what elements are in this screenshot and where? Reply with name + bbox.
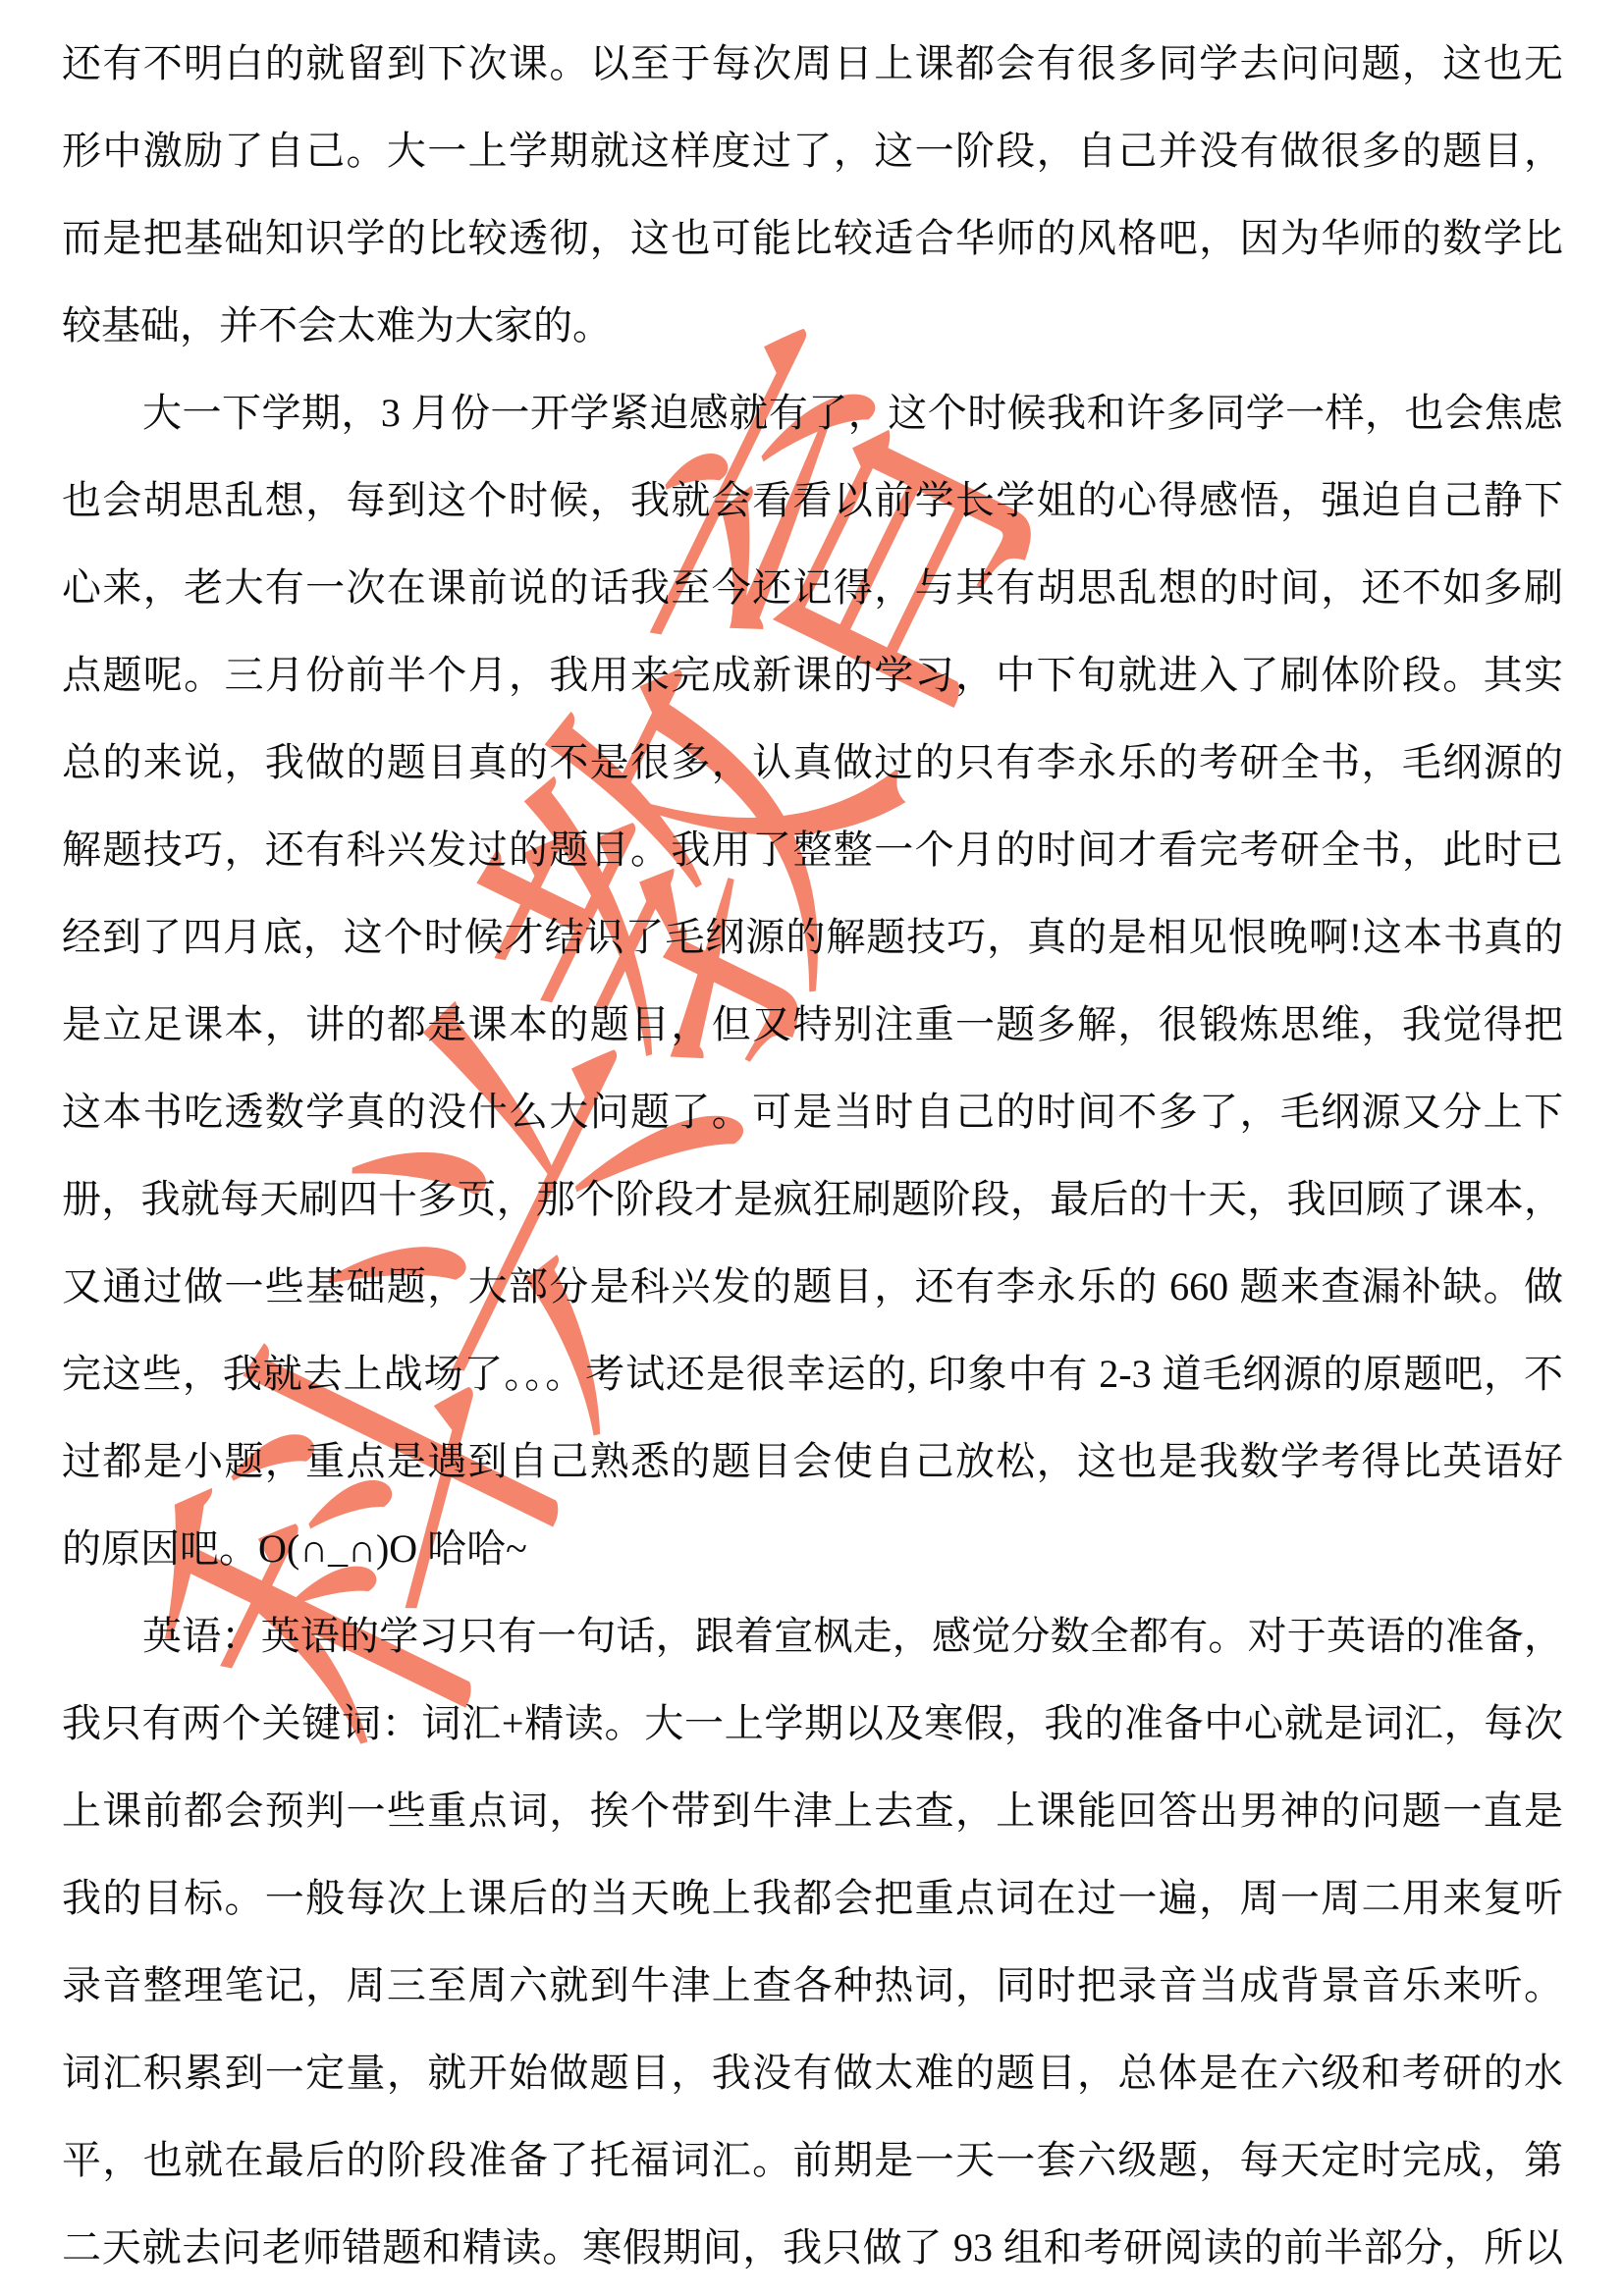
text-line: 英语：英语的学习只有一句话，跟着宣枫走，感觉分数全都有。对于英语的准备， xyxy=(62,1592,1563,1680)
text-line: 心来，老大有一次在课前说的话我至今还记得，与其有胡思乱想的时间，还不如多刷 xyxy=(62,544,1563,631)
text-line: 较基础，并不会太难为大家的。 xyxy=(62,282,1563,369)
text-line: 平，也就在最后的阶段准备了托福词汇。前期是一天一套六级题，每天定时完成，第 xyxy=(62,2116,1563,2204)
text-line: 点题呢。三月份前半个月，我用来完成新课的学习，中下旬就进入了刷体阶段。其实 xyxy=(62,631,1563,719)
text-line: 也会胡思乱想，每到这个时候，我就会看看以前学长学姐的心得感悟，强迫自己静下 xyxy=(62,456,1563,544)
text-line: 二天就去问老师错题和精读。寒假期间，我只做了 93 组和考研阅读的前半部分，所以 xyxy=(62,2204,1563,2291)
text-line: 册，我就每天刷四十多页，那个阶段才是疯狂刷题阶段，最后的十天，我回顾了课本， xyxy=(62,1155,1563,1243)
text-line: 我的目标。一般每次上课后的当天晚上我都会把重点词在过一遍，周一周二用来复听 xyxy=(62,1854,1563,1942)
text-line: 经到了四月底，这个时候才结识了毛纲源的解题技巧，真的是相见恨晚啊!这本书真的 xyxy=(62,893,1563,981)
text-line: 我只有两个关键词：词汇+精读。大一上学期以及寒假，我的准备中心就是词汇，每次 xyxy=(62,1680,1563,1767)
text-line: 解题技巧，还有科兴发过的题目。我用了整整一个月的时间才看完考研全书，此时已 xyxy=(62,806,1563,893)
text-line: 总的来说，我做的题目真的不是很多，认真做过的只有李永乐的考研全书，毛纲源的 xyxy=(62,719,1563,806)
text-line: 录音整理笔记，周三至周六就到牛津上查各种热词，同时把录音当成背景音乐来听。 xyxy=(62,1942,1563,2029)
text-line: 上课前都会预判一些重点词，挨个带到牛津上去查，上课能回答出男神的问题一直是 xyxy=(62,1767,1563,1854)
text-line: 而是把基础知识学的比较透彻，这也可能比较适合华师的风格吧，因为华师的数学比 xyxy=(62,194,1563,282)
document-page: 科兴教育 还有不明白的就留到下次课。以至于每次周日上课都会有很多同学去问问题，这… xyxy=(0,0,1624,2296)
text-line: 过都是小题，重点是遇到自己熟悉的题目会使自己放松，这也是我数学考得比英语好 xyxy=(62,1417,1563,1505)
text-line: 大一下学期，3 月份一开学紧迫感就有了，这个时候我和许多同学一样，也会焦虑 xyxy=(62,369,1563,456)
text-line: 是立足课本，讲的都是课本的题目，但又特别注重一题多解，很锻炼思维，我觉得把 xyxy=(62,981,1563,1068)
text-line: 又通过做一些基础题，大部分是科兴发的题目，还有李永乐的 660 题来查漏补缺。做 xyxy=(62,1243,1563,1330)
text-line: 形中激励了自己。大一上学期就这样度过了，这一阶段，自己并没有做很多的题目， xyxy=(62,107,1563,194)
text-line: 这本书吃透数学真的没什么大问题了。可是当时自己的时间不多了，毛纲源又分上下 xyxy=(62,1068,1563,1155)
text-line: 还有不明白的就留到下次课。以至于每次周日上课都会有很多同学去问问题，这也无 xyxy=(62,20,1563,107)
text-line: 完这些，我就去上战场了。。。考试还是很幸运的, 印象中有 2-3 道毛纲源的原题… xyxy=(62,1330,1563,1417)
text-line: 的原因吧。O(∩_∩)O 哈哈~ xyxy=(62,1505,1563,1592)
text-line: 词汇积累到一定量，就开始做题目，我没有做太难的题目，总体是在六级和考研的水 xyxy=(62,2029,1563,2116)
document-text: 还有不明白的就留到下次课。以至于每次周日上课都会有很多同学去问问题，这也无形中激… xyxy=(62,20,1563,2291)
